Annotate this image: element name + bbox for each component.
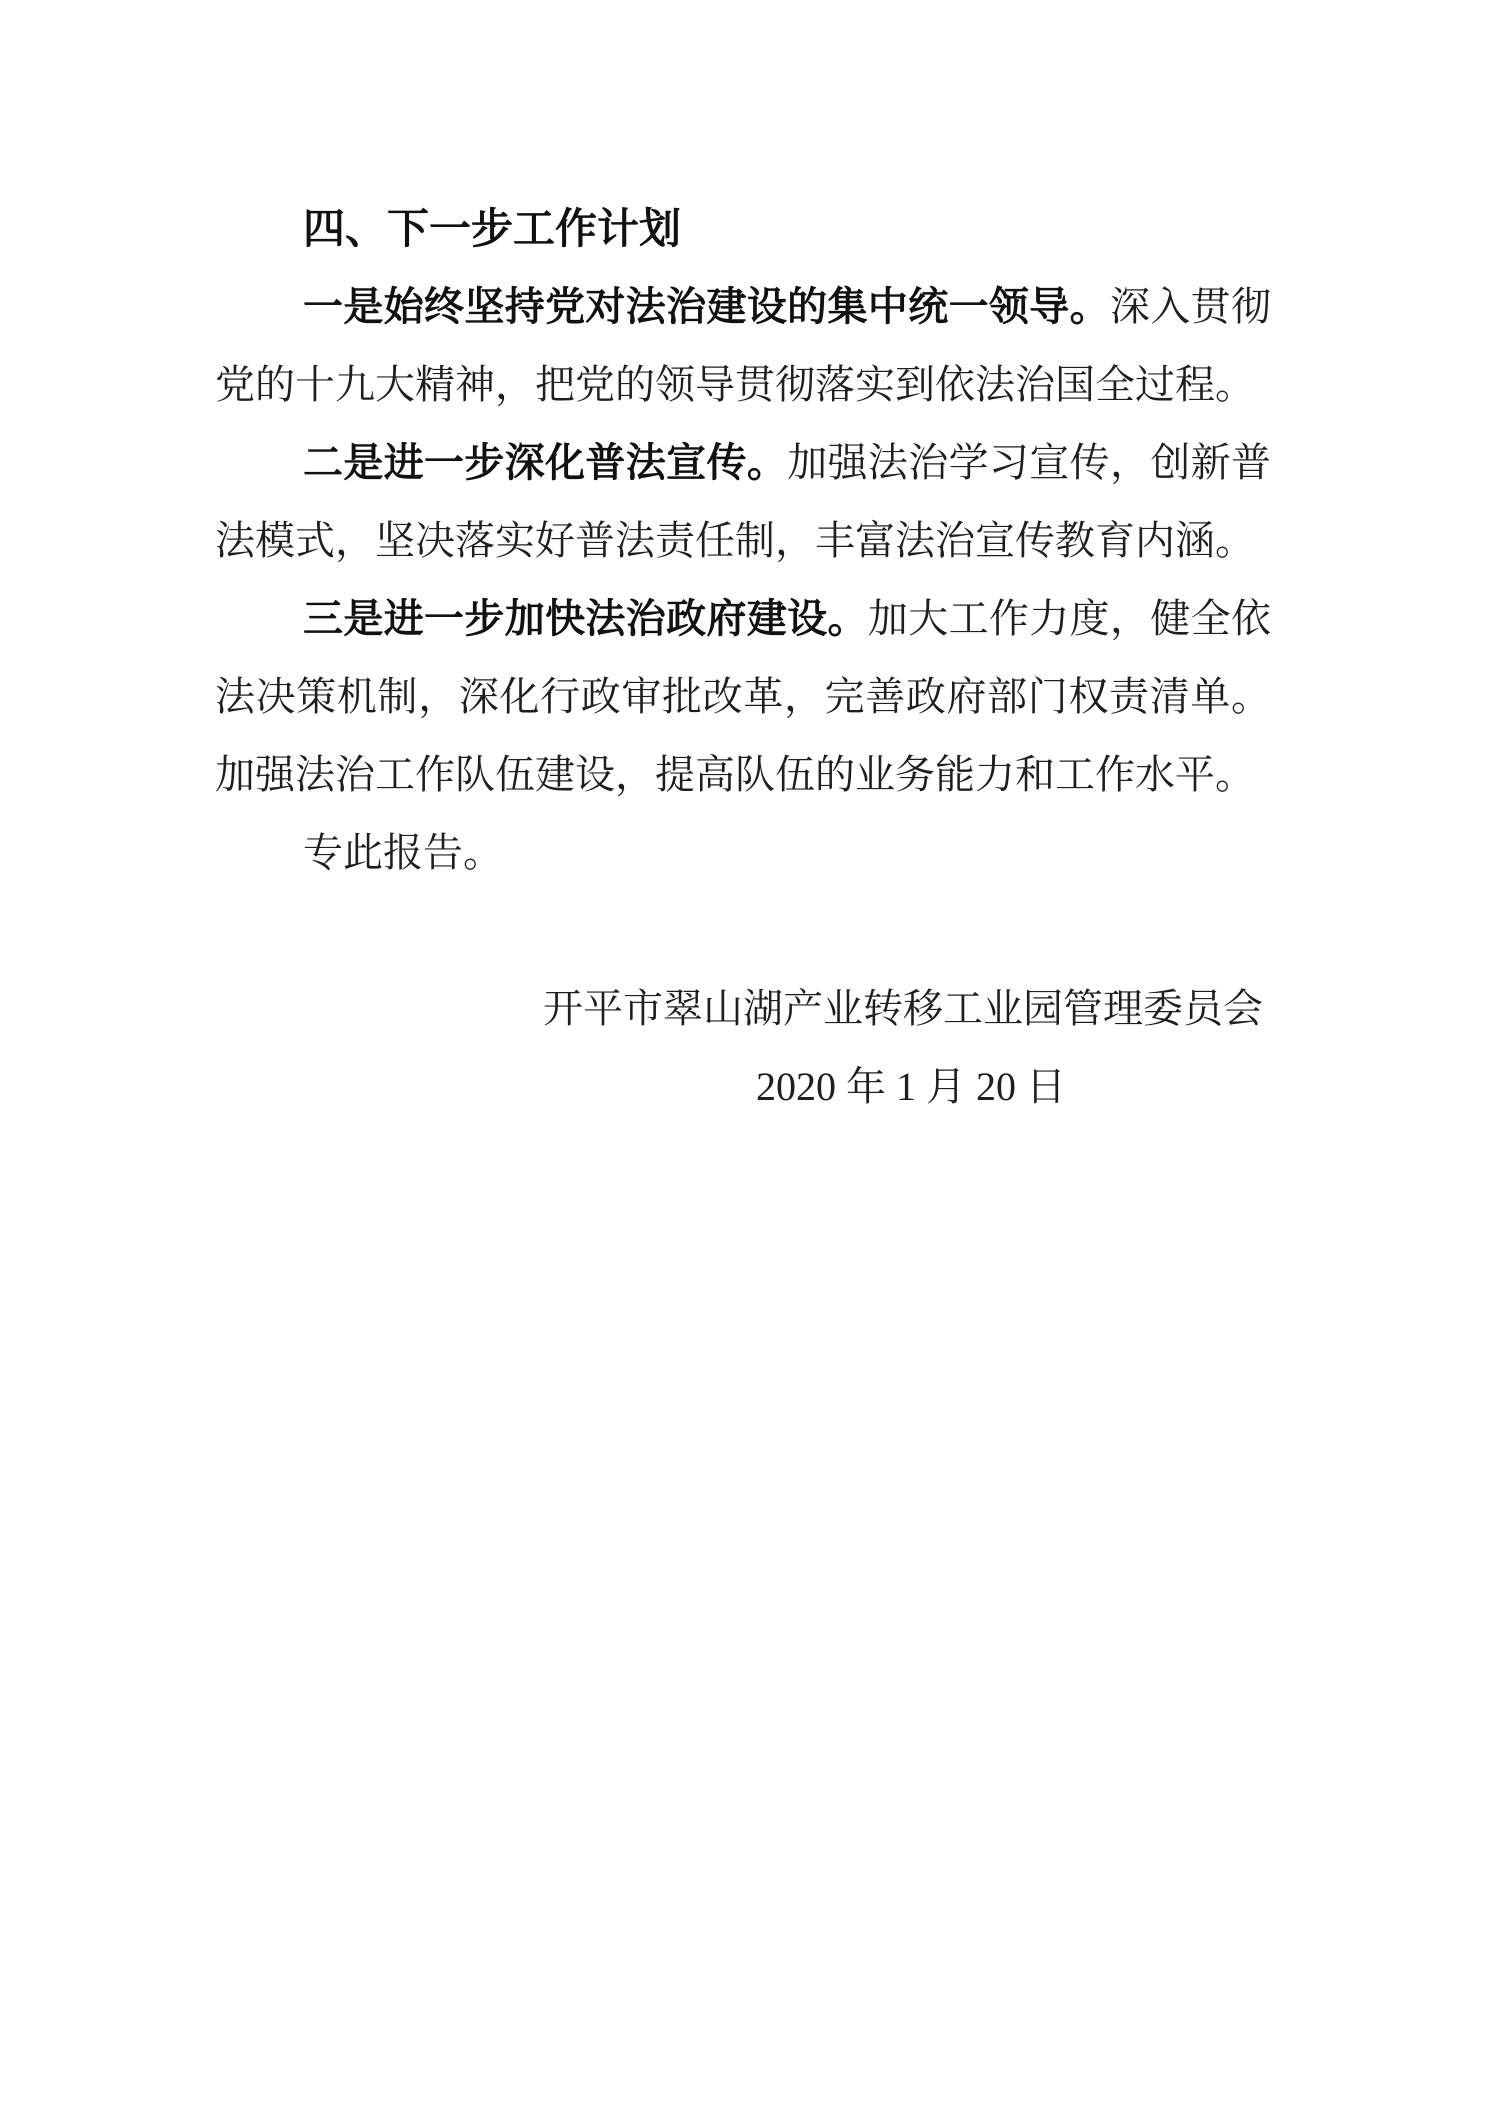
document-content: 四、下一步工作计划 一是始终坚持党对法治建设的集中统一领导。深入贯彻党的十九大精… [215,190,1271,1126]
document-page: 四、下一步工作计划 一是始终坚持党对法治建设的集中统一领导。深入贯彻党的十九大精… [0,0,1500,2121]
paragraph-3-lead: 三是进一步加快法治政府建设。 [303,597,868,641]
date-line: 2020 年 1 月 20 日 [215,1048,1271,1126]
section-heading: 四、下一步工作计划 [215,190,1271,268]
paragraph-2-lead: 二是进一步深化普法宣传。 [303,441,787,485]
signature-line: 开平市翠山湖产业转移工业园管理委员会 [215,970,1271,1048]
paragraph-3: 三是进一步加快法治政府建设。加大工作力度，健全依法决策机制，深化行政审批改革，完… [215,580,1271,814]
paragraph-1-lead: 一是始终坚持党对法治建设的集中统一领导。 [303,285,1110,329]
paragraph-1: 一是始终坚持党对法治建设的集中统一领导。深入贯彻党的十九大精神，把党的领导贯彻落… [215,268,1271,424]
closing-line: 专此报告。 [215,814,1271,892]
paragraph-2: 二是进一步深化普法宣传。加强法治学习宣传，创新普法模式，坚决落实好普法责任制，丰… [215,424,1271,580]
